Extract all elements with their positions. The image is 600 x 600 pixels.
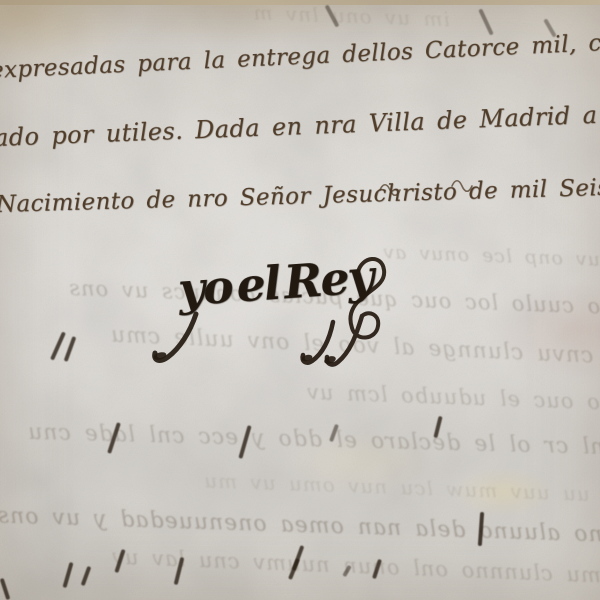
ink-stroke [478,8,493,35]
manuscript-line-1: expresadas para la entrega dellos Catorc… [0,25,600,84]
bleedthrough-line: y cnvu clunnge al voo el onv uulle cmu [0,317,600,369]
manuscript-line-3: Nacimiento de nro Señor Jesuchristo de m… [0,172,600,218]
bleedthrough-line: im uv onu lnv m [150,0,451,31]
bleedthrough-line: uno aluuno dela nan omea onenuuedad y uv… [0,503,600,548]
manuscript-line-2: ado por utiles. Dada en nra Villa de Mad… [0,98,600,152]
bleedthrough-line: cnl cr ol le declaro el ddo y ecc cnl la… [0,419,600,460]
ink-stroke [81,566,92,586]
manuscript-photo: im uv onu lnv m uv onp lce onuv av no cu… [0,0,600,600]
bleedthrough-line: uu uuv muw lcu nuv omu uv mu [30,462,590,506]
ink-stroke [0,578,10,600]
bleedthrough-line: o ouc el uduubo lcm uv [245,378,600,414]
